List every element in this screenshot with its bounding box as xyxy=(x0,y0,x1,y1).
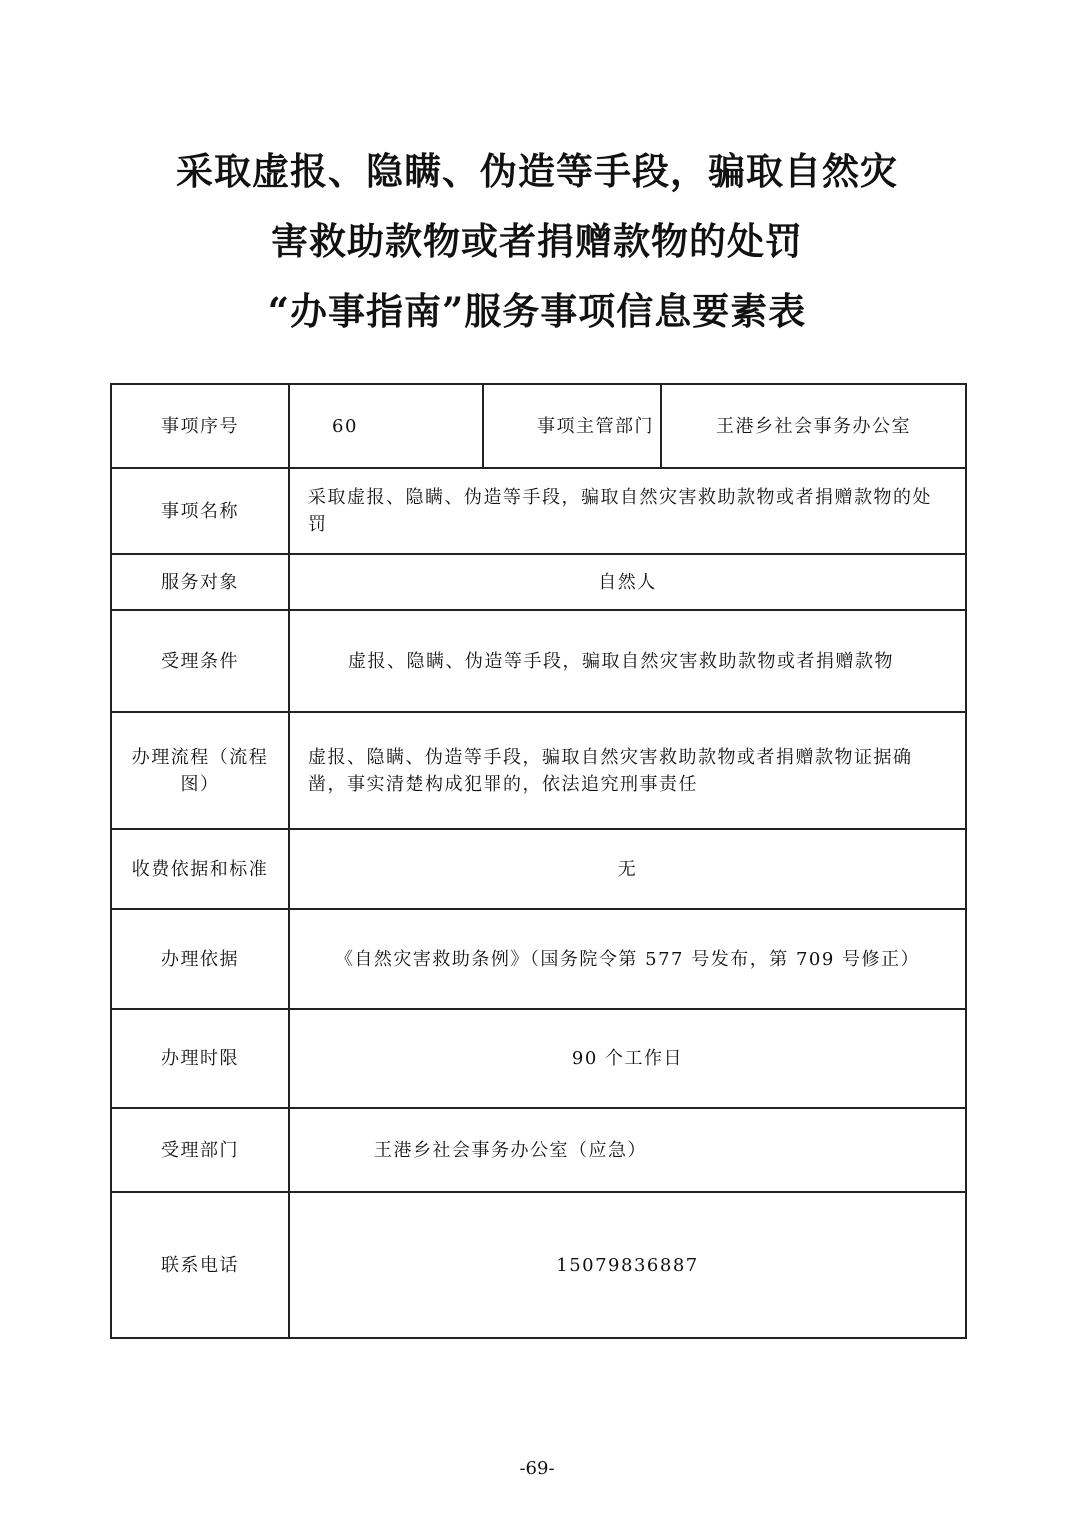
table-row: 收费依据和标准 无 xyxy=(111,829,966,909)
process-value: 虚报、隐瞒、伪造等手段，骗取自然灾害救助款物或者捐赠款物证据确凿，事实清楚构成犯… xyxy=(289,712,966,829)
title-line-3: “办事指南”服务事项信息要素表 xyxy=(0,276,1074,346)
phone-label: 联系电话 xyxy=(111,1192,289,1338)
table-row: 事项序号 60 事项主管部门 王港乡社会事务办公室 xyxy=(111,384,966,468)
table-row: 事项名称 采取虚报、隐瞒、伪造等手段，骗取自然灾害救助款物或者捐赠款物的处罚 xyxy=(111,468,966,554)
table-row: 联系电话 15079836887 xyxy=(111,1192,966,1338)
service-target-value: 自然人 xyxy=(289,554,966,610)
time-limit-value: 90 个工作日 xyxy=(289,1009,966,1108)
document-title: 采取虚报、隐瞒、伪造等手段，骗取自然灾 害救助款物或者捐赠款物的处罚 “办事指南… xyxy=(0,136,1074,346)
item-name-value: 采取虚报、隐瞒、伪造等手段，骗取自然灾害救助款物或者捐赠款物的处罚 xyxy=(289,468,966,554)
title-line-1: 采取虚报、隐瞒、伪造等手段，骗取自然灾 xyxy=(0,136,1074,206)
accepting-department-value: 王港乡社会事务办公室（应急） xyxy=(289,1108,966,1192)
service-info-table: 事项序号 60 事项主管部门 王港乡社会事务办公室 事项名称 采取虚报、隐瞒、伪… xyxy=(110,383,967,1339)
legal-basis-value: 《自然灾害救助条例》（国务院令第 577 号发布，第 709 号修正） xyxy=(289,909,966,1009)
time-limit-label: 办理时限 xyxy=(111,1009,289,1108)
service-target-label: 服务对象 xyxy=(111,554,289,610)
process-label: 办理流程（流程图） xyxy=(111,712,289,829)
item-number-value: 60 xyxy=(289,384,483,468)
legal-basis-label: 办理依据 xyxy=(111,909,289,1009)
acceptance-conditions-value: 虚报、隐瞒、伪造等手段，骗取自然灾害救助款物或者捐赠款物 xyxy=(289,610,966,712)
accepting-department-label: 受理部门 xyxy=(111,1108,289,1192)
fees-label: 收费依据和标准 xyxy=(111,829,289,909)
item-name-label: 事项名称 xyxy=(111,468,289,554)
fees-value: 无 xyxy=(289,829,966,909)
table-row: 办理流程（流程图） 虚报、隐瞒、伪造等手段，骗取自然灾害救助款物或者捐赠款物证据… xyxy=(111,712,966,829)
department-label: 事项主管部门 xyxy=(483,384,661,468)
item-number-label: 事项序号 xyxy=(111,384,289,468)
page-number: -69- xyxy=(0,1458,1074,1479)
table-row: 办理依据 《自然灾害救助条例》（国务院令第 577 号发布，第 709 号修正） xyxy=(111,909,966,1009)
table-row: 受理部门 王港乡社会事务办公室（应急） xyxy=(111,1108,966,1192)
table-row: 受理条件 虚报、隐瞒、伪造等手段，骗取自然灾害救助款物或者捐赠款物 xyxy=(111,610,966,712)
table-row: 办理时限 90 个工作日 xyxy=(111,1009,966,1108)
department-value: 王港乡社会事务办公室 xyxy=(661,384,966,468)
phone-value: 15079836887 xyxy=(289,1192,966,1338)
acceptance-conditions-label: 受理条件 xyxy=(111,610,289,712)
table-row: 服务对象 自然人 xyxy=(111,554,966,610)
title-line-2: 害救助款物或者捐赠款物的处罚 xyxy=(0,206,1074,276)
